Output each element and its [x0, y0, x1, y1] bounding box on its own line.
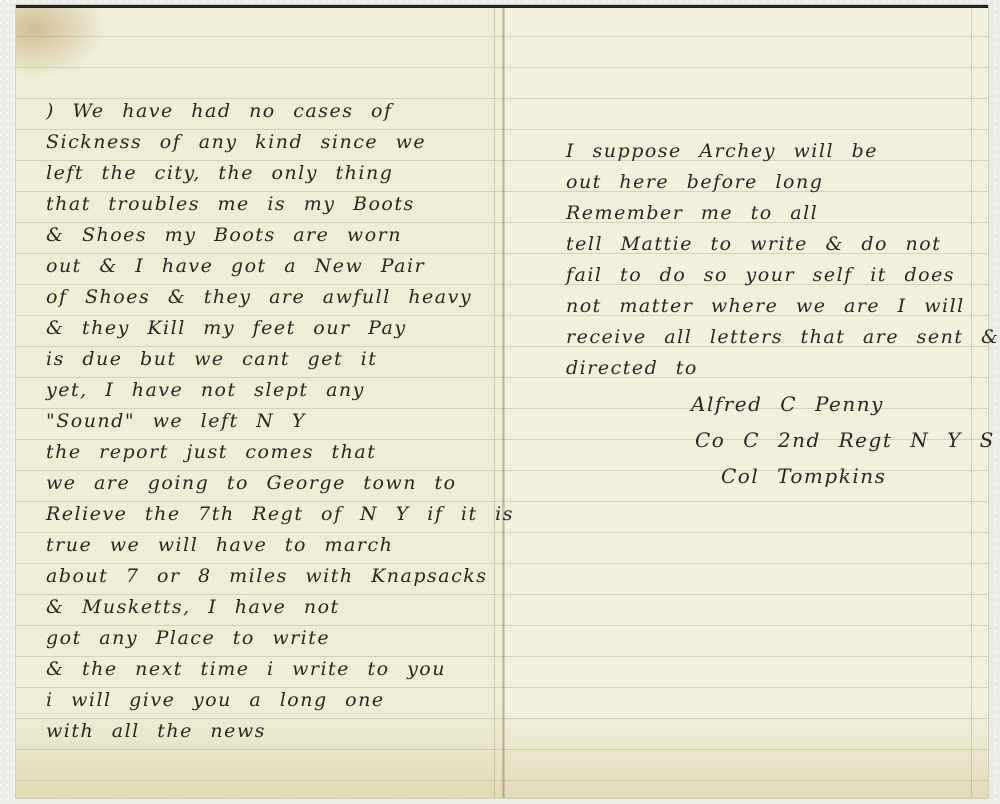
text-line: that troubles me is my Boots — [46, 189, 514, 220]
text-line: true we will have to march — [46, 530, 514, 561]
right-page-text: I suppose Archey will be out here before… — [566, 136, 999, 384]
text-line: with all the news — [46, 716, 514, 747]
text-line: & Shoes my Boots are worn — [46, 220, 514, 251]
paper-discoloration — [503, 708, 988, 798]
sender-commander: Col Tompkins — [691, 458, 1000, 494]
text-line: & they Kill my feet our Pay — [46, 313, 514, 344]
text-line: I suppose Archey will be — [566, 136, 999, 167]
text-line: left the city, the only thing — [46, 158, 514, 189]
text-line: fail to do so your self it does — [566, 260, 999, 291]
text-line: got any Place to write — [46, 623, 514, 654]
text-line: we are going to George town to — [46, 468, 514, 499]
text-line: tell Mattie to write & do not — [566, 229, 999, 260]
text-line: out & I have got a New Pair — [46, 251, 514, 282]
sender-address: Alfred C Penny Co C 2nd Regt N Y S M Col… — [691, 386, 1000, 494]
text-line: i will give you a long one — [46, 685, 514, 716]
text-line: out here before long — [566, 167, 999, 198]
text-line: & the next time i write to you — [46, 654, 514, 685]
text-line: of Shoes & they are awfull heavy — [46, 282, 514, 313]
text-line: about 7 or 8 miles with Knapsacks — [46, 561, 514, 592]
sender-unit: Co C 2nd Regt N Y S M — [691, 422, 1000, 458]
text-line: Sickness of any kind since we — [46, 127, 514, 158]
text-line: & Musketts, I have not — [46, 592, 514, 623]
text-line: directed to — [566, 353, 999, 384]
text-line: yet, I have not slept any — [46, 375, 514, 406]
text-line: the report just comes that — [46, 437, 514, 468]
text-line: is due but we cant get it — [46, 344, 514, 375]
text-line: not matter where we are I will — [566, 291, 999, 322]
text-line: Remember me to all — [566, 198, 999, 229]
left-page-text: ) We have had no cases of Sickness of an… — [46, 96, 514, 747]
text-line: "Sound" we left N Y — [46, 406, 514, 437]
text-line: Relieve the 7th Regt of N Y if it is — [46, 499, 514, 530]
text-line: ) We have had no cases of — [46, 96, 514, 127]
paper-stain — [16, 8, 106, 78]
sender-name: Alfred C Penny — [691, 386, 1000, 422]
letter-sheet: ) We have had no cases of Sickness of an… — [16, 5, 988, 798]
text-line: receive all letters that are sent & — [566, 322, 999, 353]
